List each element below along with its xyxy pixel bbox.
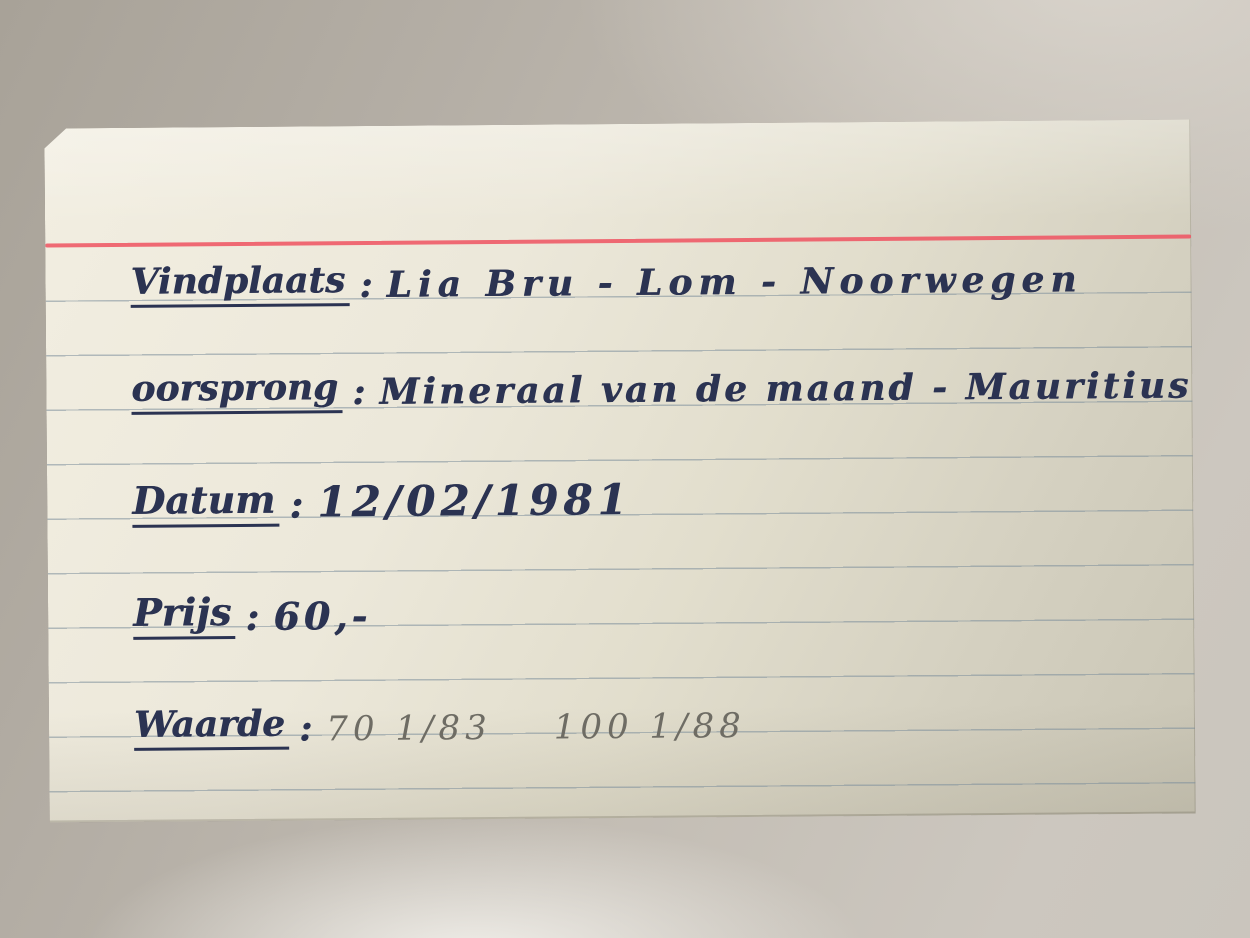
field-label-waarde: Waarde	[134, 703, 289, 751]
index-card: Vindplaats : Lia Bru - Lom - Noorwegen o…	[44, 120, 1195, 823]
red-header-line	[45, 235, 1191, 248]
field-row-prijs: Prijs : 60,-	[133, 582, 1170, 640]
field-value-waarde-1983: 70 1/83	[326, 708, 492, 749]
field-row-oorsprong: oorsprong : Mineraal van de maand - Maur…	[131, 360, 1168, 415]
field-colon: :	[289, 481, 303, 526]
field-label-prijs: Prijs	[133, 589, 236, 640]
field-value-prijs: 60,-	[273, 593, 371, 639]
field-row-vindplaats: Vindplaats : Lia Bru - Lom - Noorwegen	[130, 253, 1167, 308]
field-value-vindplaats: Lia Bru - Lom - Noorwegen	[386, 258, 1082, 305]
field-value-datum: 12/02/1981	[317, 475, 632, 526]
field-row-waarde: Waarde : 70 1/83 100 1/88	[134, 696, 1171, 751]
field-value-oorsprong: Mineraal van de maand - Mauritius Gent	[379, 364, 1250, 413]
field-colon: :	[359, 264, 373, 306]
field-label-oorsprong: oorsprong	[131, 366, 342, 415]
field-colon: :	[245, 594, 259, 639]
field-label-datum: Datum	[132, 477, 279, 528]
field-colon: :	[352, 371, 366, 413]
field-colon: :	[299, 707, 313, 749]
field-value-waarde-1988: 100 1/88	[554, 706, 746, 748]
photo-background: Vindplaats : Lia Bru - Lom - Noorwegen o…	[0, 0, 1250, 938]
field-label-vindplaats: Vindplaats	[130, 259, 349, 308]
field-row-datum: Datum : 12/02/1981	[132, 470, 1169, 528]
